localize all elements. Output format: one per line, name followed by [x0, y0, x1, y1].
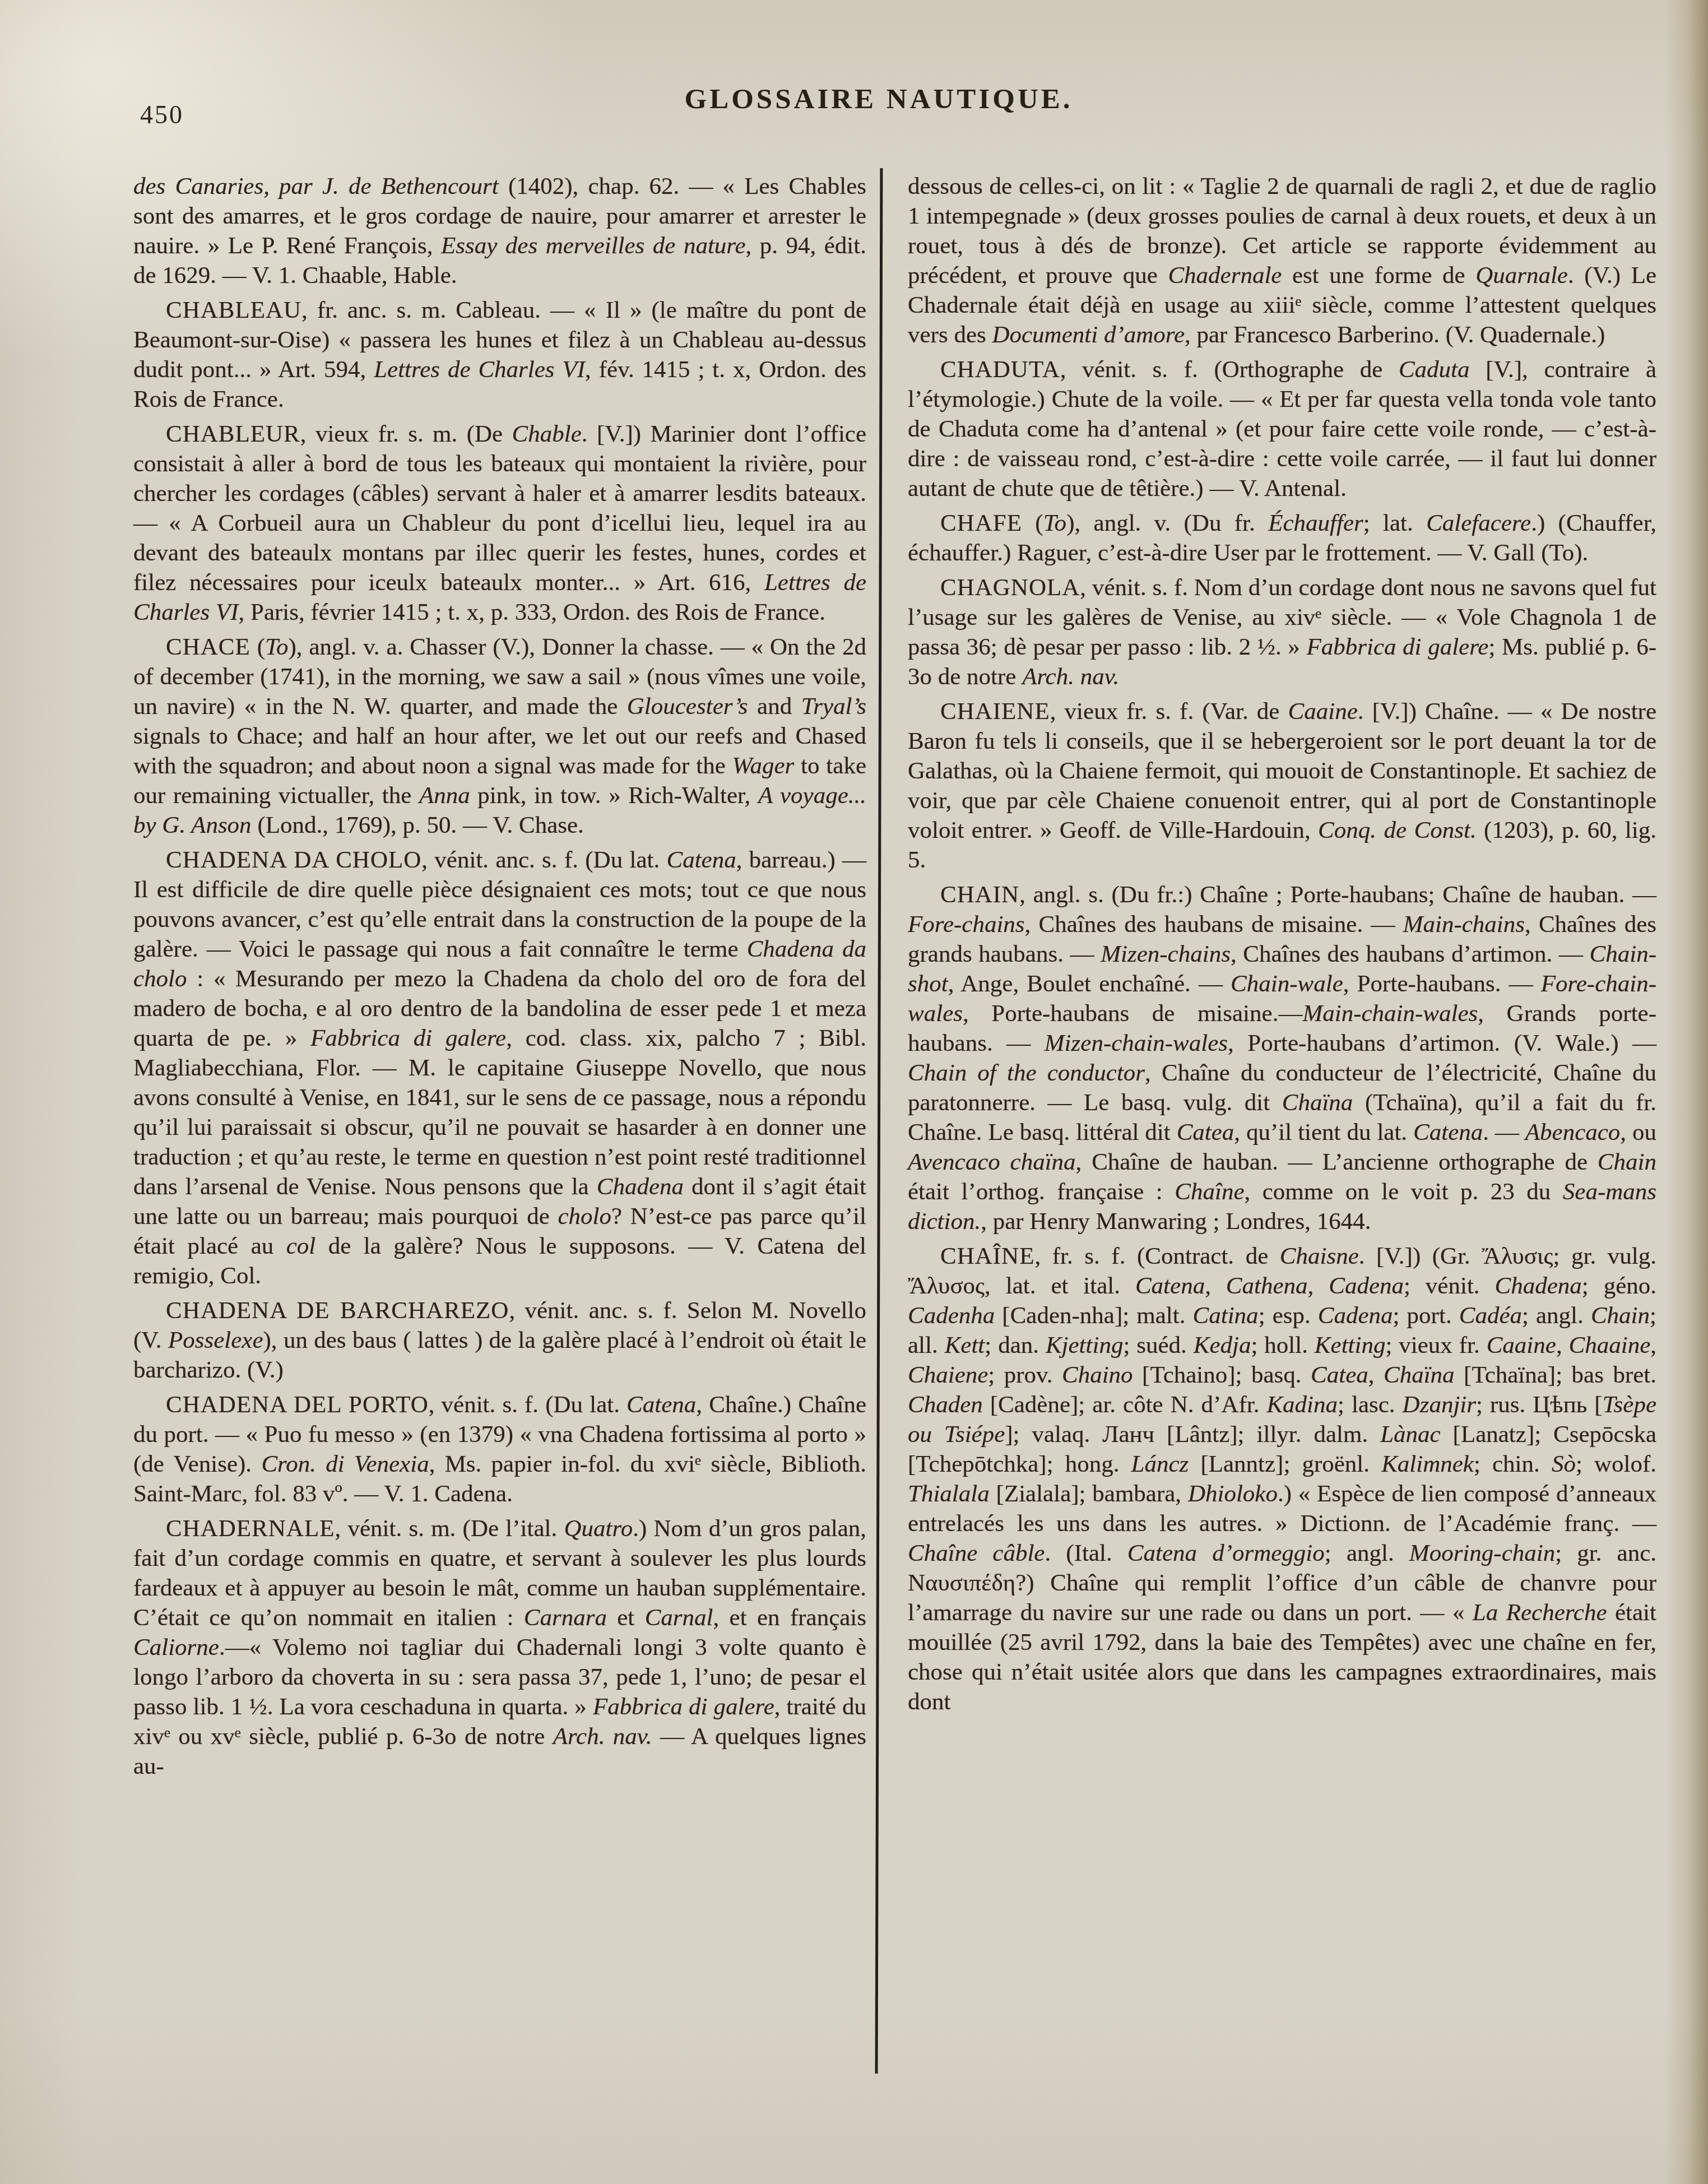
text-segment: , angl. s. (Du fr.:) Chaîne ; Porte-haub…: [1019, 882, 1656, 908]
text-segment: cholo: [558, 1203, 611, 1230]
text-segment: Wager: [732, 753, 795, 779]
text-segment: Main-chains: [1403, 911, 1525, 938]
text-segment: [Tchaino]; basq.: [1133, 1362, 1311, 1388]
text-segment: , vieux fr. s. m. (De: [300, 421, 512, 447]
text-segment: ; prov.: [988, 1362, 1062, 1388]
text-segment: ,: [1308, 1273, 1329, 1299]
entry-headword: CHAIN: [940, 882, 1019, 908]
page-title: GLOSSAIRE NAUTIQUE.: [25, 83, 1708, 115]
text-segment: Catena d’ormeggio: [1127, 1540, 1325, 1566]
text-segment: Quatro: [564, 1515, 633, 1542]
text-segment: Mizen-chain-wales: [1045, 1030, 1228, 1056]
text-segment: Caduta: [1399, 356, 1470, 383]
entry-paragraph: CHADUTA, vénit. s. f. (Orthographe de Ca…: [908, 355, 1656, 503]
text-segment: Arch. nav.: [1022, 664, 1119, 690]
text-segment: ; angl.: [1325, 1540, 1409, 1566]
text-segment: , qu’il tient du lat.: [1234, 1119, 1413, 1146]
text-segment: Catina: [1193, 1302, 1259, 1329]
entry-headword: CHADUTA: [940, 356, 1060, 383]
entry-headword: CHABLEAU: [166, 297, 301, 323]
entry-headword: CHADENA DEL PORTO: [166, 1392, 429, 1418]
text-segment: Fore-chains: [908, 911, 1025, 938]
text-segment: Abencaco: [1525, 1119, 1621, 1146]
text-segment: Carnal: [645, 1605, 713, 1631]
text-segment: [Lanntz]; groënl.: [1189, 1451, 1381, 1477]
text-segment: ; port.: [1393, 1302, 1459, 1329]
text-segment: Caaine: [1288, 698, 1358, 725]
text-segment: Chaîne: [1175, 1179, 1244, 1205]
text-segment: , et en français: [713, 1605, 866, 1631]
text-segment: Chaiene: [908, 1362, 988, 1388]
text-segment: Chaisne: [1280, 1243, 1359, 1269]
text-segment: , Chaînes des haubans de misaine. —: [1025, 911, 1403, 938]
entry-paragraph: CHAIN, angl. s. (Du fr.:) Chaîne ; Porte…: [908, 880, 1656, 1236]
text-segment: Conq. de Const.: [1318, 817, 1477, 843]
text-segment: ; wolof.: [1576, 1451, 1656, 1477]
text-segment: , Paris, février 1415 ; t. x, p. 333, Or…: [239, 599, 825, 625]
text-segment: Fabbrica di galere: [310, 1025, 506, 1051]
text-segment: Kadina: [1266, 1392, 1338, 1418]
text-segment: . (Ital.: [1045, 1540, 1127, 1566]
entry-paragraph: CHAIENE, vieux fr. s. f. (Var. de Caaine…: [908, 697, 1656, 875]
text-segment: , Chaînes des haubans d’artimon. —: [1231, 941, 1590, 967]
text-segment: Échauffer: [1268, 510, 1363, 536]
entry-paragraph: CHAÎNE, fr. s. f. (Contract. de Chaisne.…: [908, 1241, 1656, 1717]
entry-paragraph: dessous de celles-ci, on lit : « Taglie …: [908, 171, 1656, 350]
text-segment: Carnara: [524, 1605, 607, 1631]
text-segment: , comme on le voit p. 23 du: [1245, 1179, 1563, 1205]
text-segment: , fr. s. f. (Contract. de: [1034, 1243, 1279, 1269]
text-segment: , vénit. s. f. (Du lat.: [429, 1392, 626, 1418]
text-segment: Sò: [1552, 1451, 1576, 1477]
text-segment: ,: [1368, 1362, 1384, 1388]
text-segment: , par Francesco Barberino. (V. Quadernal…: [1185, 322, 1605, 348]
text-segment: Main-chain-wales: [1302, 1000, 1478, 1027]
text-segment: ; angl.: [1522, 1302, 1591, 1329]
text-segment: , Chaîne de hauban. — L’ancienne orthogr…: [1076, 1149, 1598, 1175]
text-segment: Dzanjir: [1403, 1392, 1476, 1418]
entry-headword: CHAÎNE: [940, 1243, 1034, 1269]
text-segment: Chaino: [1062, 1362, 1133, 1388]
text-segment: Lettres de Charles VI: [374, 356, 585, 383]
text-segment: Kalimnek: [1381, 1451, 1474, 1477]
text-segment: ; lat.: [1363, 510, 1426, 536]
text-segment: Chaîne câble: [908, 1540, 1045, 1566]
text-segment: ]; valaq. Ланч [Lântz]; illyr. dalm.: [1005, 1421, 1380, 1448]
text-segment: Mizen-chains: [1101, 941, 1231, 967]
text-segment: , vieux fr. s. f. (Var. de: [1050, 698, 1288, 725]
entry-headword: CHABLEUR: [166, 421, 300, 447]
text-segment: Calefacere: [1426, 510, 1531, 536]
entry-paragraph: CHABLEAU, fr. anc. s. m. Cableau. — « Il…: [133, 295, 866, 414]
text-segment: Chaaine: [1569, 1332, 1651, 1358]
right-column: dessous de celles-ci, on lit : « Taglie …: [908, 171, 1656, 1717]
text-segment: , ou: [1620, 1119, 1656, 1146]
text-segment: Chaden: [908, 1392, 983, 1418]
entry-paragraph: des Canaries, par J. de Bethencourt (140…: [133, 171, 866, 290]
text-segment: , Porte-haubans d’artimon. (V. Wale.) —: [1228, 1030, 1656, 1056]
text-segment: ,: [1205, 1273, 1226, 1299]
text-segment: Kjetting: [1046, 1332, 1124, 1358]
text-segment: Chadernale: [1168, 262, 1282, 289]
text-segment: ; suéd.: [1123, 1332, 1193, 1358]
text-segment: Fabbrica di galere: [593, 1694, 774, 1720]
text-segment: Chain of the conductor: [908, 1060, 1145, 1086]
text-segment: La Recherche: [1473, 1599, 1607, 1626]
text-segment: [Zialala]; bambara,: [990, 1481, 1188, 1507]
text-segment: ; holl.: [1251, 1332, 1314, 1358]
text-segment: Chadena: [1495, 1273, 1582, 1299]
text-segment: Chain: [1591, 1302, 1650, 1329]
text-segment: Chable: [512, 421, 582, 447]
text-segment: ,: [1556, 1332, 1569, 1358]
text-segment: Catena: [1135, 1273, 1205, 1299]
text-segment: ; dan.: [985, 1332, 1046, 1358]
text-segment: Catena: [626, 1392, 696, 1418]
text-segment: , Ange, Boulet enchaîné. —: [948, 971, 1231, 997]
text-segment: pink, in tow. » Rich-Walter,: [470, 782, 758, 809]
text-segment: Lànac: [1380, 1421, 1441, 1448]
entry-paragraph: CHADERNALE, vénit. s. m. (De l’ital. Qua…: [133, 1514, 866, 1781]
text-segment: Kedja: [1194, 1332, 1251, 1358]
entry-paragraph: CHAFE (To), angl. v. (Du fr. Échauffer; …: [908, 508, 1656, 568]
text-segment: Chaïna: [1384, 1362, 1455, 1388]
text-segment: Caliorne: [133, 1634, 219, 1661]
text-segment: (Lond., 1769), p. 50. — V. Chase.: [252, 812, 584, 838]
text-segment: Posselexe: [168, 1327, 263, 1353]
column-divider-rule: [875, 168, 883, 2074]
text-segment: (: [1022, 510, 1043, 536]
entry-paragraph: CHADENA DA CHOLO, vénit. anc. s. f. (Du …: [133, 845, 866, 1291]
entry-headword: CHAFE: [940, 510, 1022, 536]
text-segment: était l’orthog. française :: [908, 1179, 1175, 1205]
text-segment: Chaïna: [1282, 1089, 1353, 1116]
text-segment: [Tchaïna]; bas bret.: [1455, 1362, 1656, 1388]
text-segment: , Porte-haubans de misaine.—: [963, 1000, 1302, 1027]
text-segment: des Canaries, par J. de Bethencourt: [133, 173, 508, 200]
entry-headword: CHADENA DA CHOLO: [166, 847, 421, 873]
entry-headword: CHADENA DE BARCHAREZO: [166, 1297, 509, 1324]
text-segment: ; esp.: [1259, 1302, 1318, 1329]
text-segment: Quarnale: [1475, 262, 1568, 289]
text-segment: Fabbrica di galere: [1306, 634, 1488, 660]
text-segment: Chain-wale: [1231, 971, 1343, 997]
text-segment: , vénit. s. m. (De l’ital.: [335, 1515, 564, 1542]
text-segment: (: [250, 634, 265, 660]
text-segment: Cron. di Venexia: [261, 1451, 429, 1477]
text-segment: Caaine: [1487, 1332, 1556, 1358]
text-segment: Arch. nav.: [553, 1723, 652, 1750]
text-segment: ; lasc.: [1338, 1392, 1403, 1418]
text-segment: ; chin.: [1474, 1451, 1552, 1477]
left-column: des Canaries, par J. de Bethencourt (140…: [133, 171, 866, 1781]
text-segment: and: [748, 693, 801, 720]
text-segment: [Cadène]; ar. côte N. d’Afr.: [983, 1392, 1267, 1418]
text-segment: Catea: [1177, 1119, 1234, 1146]
text-segment: Cadenha: [908, 1302, 995, 1329]
text-segment: Cadena: [1329, 1273, 1404, 1299]
text-segment: ; vénit.: [1404, 1273, 1495, 1299]
text-segment: Chadena: [597, 1174, 684, 1200]
text-segment: ; géno.: [1582, 1273, 1656, 1299]
text-segment: Láncz: [1131, 1451, 1189, 1477]
text-segment: , vénit. s. f. (Orthographe de: [1060, 356, 1399, 383]
text-segment: ; vieux fr.: [1385, 1332, 1486, 1358]
text-segment: Documenti d’amore: [992, 322, 1185, 348]
page-edge-shadow: [1664, 0, 1708, 2184]
text-segment: [Caden-nha]; malt.: [995, 1302, 1192, 1329]
text-segment: Kett: [945, 1332, 985, 1358]
entry-paragraph: CHADENA DEL PORTO, vénit. s. f. (Du lat.…: [133, 1390, 866, 1509]
text-segment: Catea: [1311, 1362, 1368, 1388]
text-segment: ), angl. v. (Du fr.: [1066, 510, 1268, 536]
text-segment: Cadéa: [1459, 1302, 1522, 1329]
text-segment: Catena: [666, 847, 736, 873]
text-segment: ,: [1650, 1332, 1656, 1358]
entry-paragraph: CHADENA DE BARCHAREZO, vénit. anc. s. f.…: [133, 1296, 866, 1385]
text-segment: . —: [1483, 1119, 1525, 1146]
text-segment: , Porte-haubans. —: [1343, 971, 1541, 997]
text-segment: Essay des merveilles de nature: [441, 233, 746, 259]
text-segment: Cathena: [1226, 1273, 1308, 1299]
text-segment: Anna: [419, 782, 470, 809]
text-segment: Avencaco chaïna: [908, 1149, 1076, 1175]
entry-paragraph: CHABLEUR, vieux fr. s. m. (De Chable. [V…: [133, 419, 866, 627]
text-segment: Gloucester’s: [627, 693, 748, 720]
entry-paragraph: CHACE (To), angl. v. a. Chasser (V.), Do…: [133, 632, 866, 840]
entry-headword: CHAIENE: [940, 698, 1050, 725]
text-segment: , vénit. anc. s. f. (Du lat.: [421, 847, 666, 873]
text-segment: Thialala: [908, 1481, 990, 1507]
text-segment: To: [265, 634, 288, 660]
text-segment: ; rus. Цѣпь [: [1476, 1392, 1603, 1418]
text-segment: Tryal’s: [801, 693, 866, 720]
text-segment: To: [1043, 510, 1066, 536]
entry-headword: CHADERNALE: [166, 1515, 335, 1542]
text-segment: Dhioloko: [1188, 1481, 1278, 1507]
entry-headword: CHACE: [166, 634, 250, 660]
entry-paragraph: CHAGNOLA, vénit. s. f. Nom d’un cordage …: [908, 573, 1656, 692]
text-segment: Mooring-chain: [1409, 1540, 1555, 1566]
text-segment: et: [607, 1605, 645, 1631]
text-segment: Ketting: [1315, 1332, 1386, 1358]
text-segment: Chain: [1598, 1149, 1656, 1175]
text-segment: Cadena: [1318, 1302, 1393, 1329]
text-segment: Catena: [1413, 1119, 1483, 1146]
entry-headword: CHAGNOLA: [940, 574, 1080, 601]
text-segment: est une forme de: [1282, 262, 1475, 289]
text-segment: , par Henry Manwaring ; Londres, 1644.: [981, 1208, 1371, 1235]
text-segment: col: [286, 1233, 316, 1259]
